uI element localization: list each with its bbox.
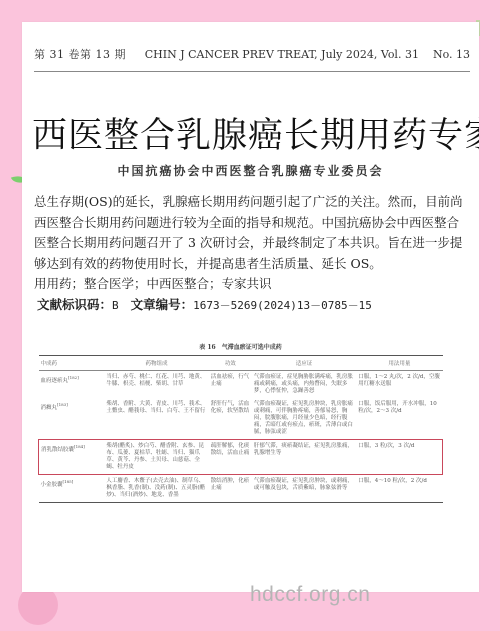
article-no-label: 文章编号：: [131, 297, 194, 312]
cell-indication: 肝郁气滞，痰瘀凝结证，症见乳房胀痛，乳腺增生等: [252, 440, 356, 475]
cell-usage: 口服，饭后服用，开水冲服，10 粒/次，2～3 次/d: [356, 398, 442, 440]
cell-name: 消乳散结胶囊[184]: [39, 440, 105, 475]
cell-composition: 当归、赤芍、桃仁、红花、川芎、地黄、牛膝、枳壳、桔梗、柴胡、甘草: [104, 371, 208, 399]
document-page: 第 31 卷第 13 期 CHIN J CANCER PREV TREAT, J…: [22, 22, 479, 592]
doc-code-value: B: [112, 299, 119, 312]
cell-indication: 气滞血瘀凝证，症见乳房肿块，乳房胀痛或刺痛，可伴胸胁疼痛，善郁易怒，胸闷，脘腹胀…: [252, 398, 356, 440]
document-ids: 文献标识码：B文章编号：1673－5269(2024)13－0785－15: [37, 295, 479, 316]
cell-effect: 活血祛瘀，行气止痛: [209, 371, 252, 399]
table-row-highlighted: 消乳散结胶囊[184] 柴胡(醋炙)、炒白芍、醋香附、玄参、昆布、瓜蒌、夏枯草、…: [39, 440, 443, 475]
cell-composition: 柴胡(醋炙)、炒白芍、醋香附、玄参、昆布、瓜蒌、夏枯草、牡蛎、当归、猫爪草、黄芩…: [104, 440, 208, 475]
journal-header: 第 31 卷第 13 期 CHIN J CANCER PREV TREAT, J…: [34, 46, 470, 72]
volume-issue: 第 31 卷第 13 期: [34, 46, 126, 62]
issue-number: No. 13: [433, 48, 470, 61]
author-group: 中国抗癌协会中西医整合乳腺癌专业委员会: [22, 162, 479, 179]
abstract-line: 西医整合长期用药问题进行较为全面的指导和规范。中国抗癌协会中西医整合: [34, 213, 479, 234]
abstract-line: 够达到有效的药物使用时长，并提高患者生活质量、延长 OS。: [34, 254, 479, 275]
cell-name: 消癥丸[183]: [39, 398, 105, 440]
article-no-value: 1673－5269(2024)13－0785－15: [193, 299, 372, 312]
article-title: 西医整合乳腺癌长期用药专家共识: [32, 108, 479, 158]
cell-effect: 疏肝解郁，化痰散结，活血止痛: [209, 440, 252, 475]
header-composition: 药物组成: [104, 356, 208, 371]
table-caption: 表 16 气滞血瘀证可选中成药: [38, 342, 443, 351]
cell-effect: 舒肝行气，活血化瘀，软坚散结: [209, 398, 252, 440]
table-row: 小金胶囊[185] 人工麝香、木鳖子(去壳去油)、制草乌、枫香脂、乳香(制)、没…: [39, 475, 443, 503]
cell-name: 小金胶囊[185]: [39, 475, 105, 503]
table-row: 血府逐瘀丸[182] 当归、赤芍、桃仁、红花、川芎、地黄、牛膝、枳壳、桔梗、柴胡…: [39, 371, 443, 399]
keywords: 用用药；整合医学；中西医整合；专家共识: [34, 274, 479, 295]
abstract-line: 总生存期(OS)的延长，乳腺癌长期用药问题引起了广泛的关注。然而，目前尚: [34, 192, 479, 213]
journal-name: CHIN J CANCER PREV TREAT, July 2024, Vol…: [145, 48, 419, 61]
header-effect: 功效: [209, 356, 252, 371]
cell-composition: 人工麝香、木鳖子(去壳去油)、制草乌、枫香脂、乳香(制)、没药(制)、五灵脂(醋…: [104, 475, 208, 503]
table-row: 消癥丸[183] 柴胡、香附、大黄、青皮、川芎、莪术、土鳖虫、醋莪母、当归、白芍…: [39, 398, 443, 440]
header-indication: 适应证: [252, 356, 356, 371]
cell-composition: 柴胡、香附、大黄、青皮、川芎、莪术、土鳖虫、醋莪母、当归、白芍、王不留行: [104, 398, 208, 440]
watermark: hdccf.org.cn: [250, 583, 370, 607]
abstract-line: 医整合长期用药问题召开了 3 次研讨会，并最终制定了本共识。旨在进一步提: [34, 233, 479, 254]
cell-indication: 气滞血瘀凝证，症见乳房肿块，或刺痛，或可触及包块，舌质紫暗，脉象弦滑等: [252, 475, 356, 503]
doc-code-label: 文献标识码：: [37, 297, 112, 312]
header-usage: 用法用量: [356, 356, 442, 371]
cell-usage: 口服，1～2 丸/次，2 次/d，空腹用红糖水送服: [356, 371, 442, 399]
medicine-table: 中成药 药物组成 功效 适应证 用法用量 血府逐瘀丸[182] 当归、赤芍、桃仁…: [38, 355, 443, 503]
table-16: 表 16 气滞血瘀证可选中成药 中成药 药物组成 功效 适应证 用法用量 血府逐…: [38, 342, 443, 503]
abstract: 总生存期(OS)的延长，乳腺癌长期用药问题引起了广泛的关注。然而，目前尚 西医整…: [34, 192, 479, 315]
cell-name: 血府逐瘀丸[182]: [39, 371, 105, 399]
header-name: 中成药: [39, 356, 105, 371]
cell-indication: 气滞血瘀证，症见胸胁胀满疼痛，乳房胀痛或刺痛，或头痛，内热瞀闷，失眠多梦，心悸怔…: [252, 371, 356, 399]
cell-usage: 口服，3 粒/次，3 次/d: [356, 440, 442, 475]
cell-usage: 口服，4～10 粒/次，2 次/d: [356, 475, 442, 503]
cell-effect: 散结消肿，化瘀止痛: [209, 475, 252, 503]
